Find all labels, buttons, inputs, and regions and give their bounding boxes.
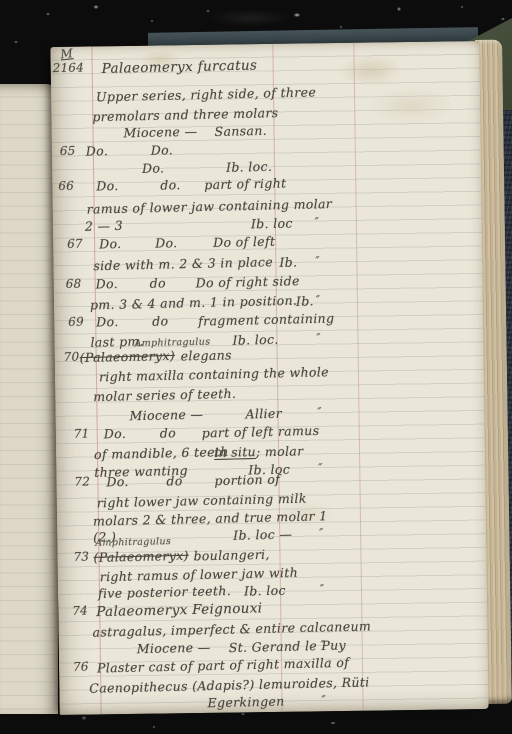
ditto-mark: ″: [321, 638, 326, 651]
ditto-mark: ″: [317, 405, 322, 418]
facing-verso-page: [0, 84, 58, 714]
handwriting-text: right lower jaw containing milk: [97, 491, 307, 511]
handwriting-text: of mandible, 6 teeth: [94, 444, 229, 462]
handwriting-text: elegans: [181, 347, 232, 363]
handwriting-text: do: [166, 473, 183, 488]
handwriting-text: five posterior teeth.: [98, 583, 231, 601]
handwriting-text: Do.: [104, 426, 127, 442]
handwriting-text: Do of left: [213, 234, 276, 250]
handwriting-text: portion of: [214, 472, 280, 488]
handwriting-text: Ib. loc.: [226, 159, 273, 175]
handwriting-text: Do.: [151, 142, 174, 158]
register-page: M 2164Palaeomeryx furcatusUpper series, …: [50, 41, 488, 715]
handwriting-text: Do.: [99, 236, 122, 252]
handwriting-text: ; molar: [256, 443, 304, 459]
handwriting-text: premolars and three molars: [92, 105, 278, 124]
ditto-mark: ″: [320, 582, 325, 595]
entry-number: 2164: [52, 60, 84, 75]
handwriting-text: Miocene —: [129, 407, 203, 424]
handwriting-text: Amphitragulus: [95, 536, 171, 549]
handwriting-text: Ib.: [296, 293, 314, 308]
handwriting-text: Egerkingen: [207, 693, 284, 710]
handwriting-text: Miocene —: [137, 640, 211, 657]
handwriting-text: Do.: [86, 143, 109, 159]
ditto-mark: ″: [315, 215, 320, 228]
handwriting-text: Do.: [96, 178, 119, 194]
entry-number: 67: [67, 237, 83, 251]
handwriting-text: Do.: [142, 160, 165, 176]
handwriting-text: part of right: [204, 175, 286, 192]
entry-number: 76: [73, 659, 89, 673]
ditto-mark: ″: [321, 693, 326, 706]
handwriting-text: Allier: [245, 406, 282, 422]
handwriting-text: do: [152, 313, 169, 328]
handwriting-text: molar series of teeth.: [93, 386, 236, 404]
handwriting-text: molars 2 & three, and true molar 1: [93, 508, 328, 528]
handwriting-text: Sansan.: [214, 123, 267, 139]
handwriting-text: part of left ramus: [202, 423, 320, 441]
handwriting-text: Do.: [155, 235, 178, 251]
handwriting-text: Do of right side: [195, 273, 299, 290]
handwriting-text: Ib. loc: [244, 583, 286, 599]
entry-number: 69: [68, 315, 84, 329]
handwriting-text: Palaeomeryx Feignouxi: [96, 600, 262, 620]
handwriting-text: ramus of lower jaw containing molar: [86, 196, 332, 217]
entry-number: 70: [64, 350, 80, 364]
register-scan-photo: { "colors": { "backdrop": "#0c0c0c", "pa…: [0, 0, 512, 734]
ditto-mark: ″: [316, 293, 321, 306]
handwriting-text: Do.: [96, 314, 119, 330]
entry-number: 65: [60, 144, 76, 158]
handwriting-text: fragment containing: [198, 310, 334, 328]
entry-number: 73: [73, 549, 89, 563]
handwriting-layer: 2164Palaeomeryx furcatusUpper series, ri…: [50, 41, 488, 715]
handwriting-text: do: [149, 275, 166, 290]
handwriting-text: Plaster cast of part of right maxilla of: [97, 655, 349, 676]
handwriting-text: Miocene —: [123, 124, 197, 141]
handwriting-text: (Palaeomeryx): [80, 348, 176, 365]
handwriting-text: St. Gerand le Puy: [229, 637, 347, 655]
handwriting-text: right ramus of lower jaw with: [100, 565, 299, 584]
ditto-mark: ″: [315, 254, 320, 267]
entry-number: 68: [66, 277, 82, 291]
entry-number: 72: [74, 474, 90, 488]
handwriting-text: side with m. 2 & 3 in place: [93, 254, 273, 273]
handwriting-text: do: [160, 425, 177, 440]
handwriting-text: Do.: [96, 276, 119, 292]
handwriting-text: Ib. loc: [251, 215, 293, 231]
entry-number: 66: [58, 179, 74, 193]
entry-number: 71: [74, 426, 90, 440]
entry-number: 74: [72, 603, 88, 617]
handwriting-text: Ib.: [279, 255, 297, 270]
handwriting-text: boulangeri,: [193, 547, 270, 564]
handwriting-text: Do.: [106, 474, 129, 490]
handwriting-text: 2 — 3: [85, 218, 123, 234]
handwriting-text: Upper series, right side, of three: [96, 84, 316, 104]
handwriting-text: in situ: [214, 444, 256, 460]
handwriting-text: right maxilla containing the whole: [99, 364, 329, 384]
handwriting-text: pm. 3 & 4 and m. 1 in position.: [90, 293, 298, 313]
handwriting-text: do.: [160, 177, 181, 192]
handwriting-text: Palaeomeryx furcatus: [101, 57, 257, 77]
register-entry-line: 2164Palaeomeryx furcatus: [51, 55, 480, 81]
handwriting-text: (Palaeomeryx): [93, 548, 189, 565]
